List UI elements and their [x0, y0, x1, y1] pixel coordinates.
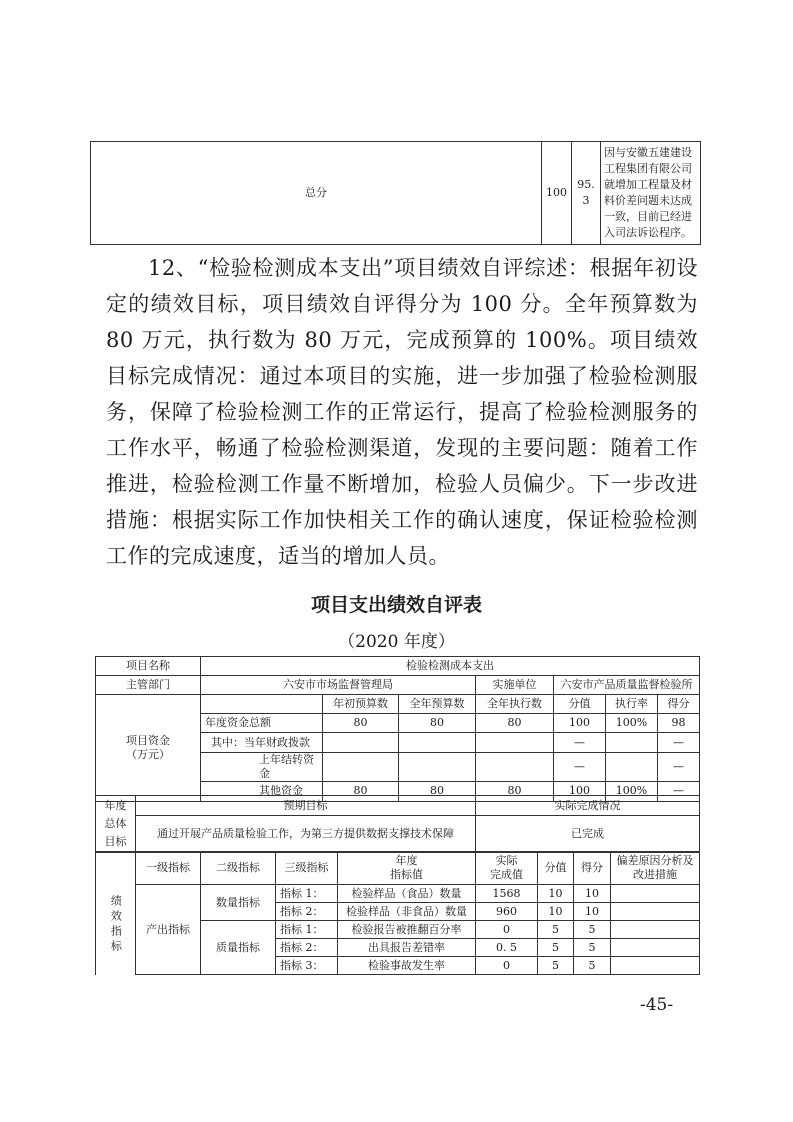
- target: 检验报告被推翻百分率: [338, 921, 476, 939]
- level3: 指标 1：: [276, 921, 338, 939]
- project-name-label: 项目名称: [96, 657, 201, 676]
- full-score: 100: [542, 142, 572, 245]
- funds-header-3: 全年执行数: [476, 695, 554, 714]
- score: 5: [574, 939, 611, 957]
- funds-cell: [476, 753, 554, 782]
- dept: 六安市市场监督管理局: [201, 676, 476, 695]
- actual: 0. 5: [476, 939, 538, 957]
- deviation-note: 因与安徽五建建设工程集团有限公司就增加工程量及材料价差问题未达成一致，目前已经进…: [601, 142, 701, 245]
- funds-cell: 100: [554, 714, 606, 733]
- funds-header-2: 全年预算数: [399, 695, 476, 714]
- funds-header-0: [201, 695, 323, 714]
- score: 10: [574, 885, 611, 903]
- funds-header-4: 分值: [554, 695, 606, 714]
- note: [611, 903, 700, 921]
- target: 检验事故发生率: [338, 957, 476, 975]
- funds-row-label: 年度资金总额: [201, 714, 323, 733]
- level2-quantity: 数量指标: [201, 885, 276, 921]
- form-year: （2020 年度）: [0, 627, 793, 652]
- score: 95.3: [572, 142, 601, 245]
- actual: 0: [476, 921, 538, 939]
- previous-table-fragment: 总分 100 95.3 因与安徽五建建设工程集团有限公司就增加工程量及材料价差问…: [90, 141, 701, 245]
- level3: 指标 3：: [276, 957, 338, 975]
- actual: 1568: [476, 885, 538, 903]
- actual: 960: [476, 903, 538, 921]
- form-title: 项目支出绩效自评表: [0, 590, 793, 617]
- actual-label: 实际完成情况: [476, 796, 700, 816]
- funds-cell: [399, 733, 476, 753]
- funds-header-row: 项目资金 （万元） 年初预算数 全年预算数 全年执行数 分值 执行率 得分: [96, 695, 700, 714]
- funds-cell: —: [658, 753, 700, 782]
- header-score: 得分: [574, 852, 611, 885]
- page-number: -45-: [640, 995, 673, 1015]
- project-name: 检验检测成本支出: [201, 657, 700, 676]
- dept-label: 主管部门: [96, 676, 201, 695]
- header-actual: 实际完成值: [476, 852, 538, 885]
- note: [611, 939, 700, 957]
- note: [611, 921, 700, 939]
- expected-label: 预期目标: [136, 796, 476, 816]
- funds-header-6: 得分: [658, 695, 700, 714]
- indicators-label: 绩效指标: [96, 852, 136, 975]
- score: 5: [574, 957, 611, 975]
- funds-cell: [476, 733, 554, 753]
- total-label: 总分: [91, 142, 542, 245]
- header-level1: 一级指标: [136, 852, 201, 885]
- goals-body-row: 通过开展产品质量检验工作，为第三方提供数据支撑技术保障 已完成: [96, 816, 700, 853]
- performance-indicators-table: 绩效指标 一级指标 二级指标 三级指标 年度指标值 实际完成值 分值 得分 偏差…: [95, 851, 700, 975]
- funds-cell: [323, 733, 399, 753]
- funds-cell: 98: [658, 714, 700, 733]
- actual: 0: [476, 957, 538, 975]
- level3: 指标 2：: [276, 903, 338, 921]
- funds-label: 项目资金 （万元）: [96, 695, 201, 802]
- weight: 10: [538, 885, 574, 903]
- funds-cell: —: [554, 753, 606, 782]
- expected-goal: 通过开展产品质量检验工作，为第三方提供数据支撑技术保障: [136, 816, 476, 853]
- dept-row: 主管部门 六安市市场监督管理局 实施单位 六安市产品质量监督检验所: [96, 676, 700, 695]
- header-note: 偏差原因分析及改进措施: [611, 852, 700, 885]
- header-target: 年度指标值: [338, 852, 476, 885]
- funds-cell: 80: [476, 714, 554, 733]
- funds-row-label: 上年结转资金: [201, 753, 323, 782]
- funds-cell: [399, 753, 476, 782]
- funds-cell: —: [554, 733, 606, 753]
- total-score-row: 总分 100 95.3 因与安徽五建建设工程集团有限公司就增加工程量及材料价差问…: [91, 142, 701, 245]
- level3: 指标 1：: [276, 885, 338, 903]
- summary-paragraph: 12、“检验检测成本支出”项目绩效自评综述：根据年初设定的绩效目标，项目绩效自评…: [106, 250, 698, 574]
- funds-header-5: 执行率: [606, 695, 658, 714]
- indicators-label-text: 绩效指标: [109, 895, 123, 955]
- level1-output: 产出指标: [136, 885, 201, 975]
- actual-goal: 已完成: [476, 816, 700, 853]
- note: [611, 885, 700, 903]
- header-weight: 分值: [538, 852, 574, 885]
- header-level2: 二级指标: [201, 852, 276, 885]
- funds-unit-text: （万元）: [126, 748, 170, 761]
- score: 10: [574, 903, 611, 921]
- note: [611, 957, 700, 975]
- impl: 六安市产品质量监督检验所: [554, 676, 700, 695]
- funds-cell: [606, 733, 658, 753]
- level3: 指标 2：: [276, 939, 338, 957]
- annual-goals-table: 年度总体目标 预期目标 实际完成情况 通过开展产品质量检验工作，为第三方提供数据…: [95, 795, 700, 853]
- project-name-row: 项目名称 检验检测成本支出: [96, 657, 700, 676]
- header-level3: 三级指标: [276, 852, 338, 885]
- score: 5: [574, 921, 611, 939]
- funds-cell: 80: [399, 714, 476, 733]
- funds-cell: [606, 753, 658, 782]
- impl-label: 实施单位: [476, 676, 554, 695]
- indicator-row: 产出指标 数量指标 指标 1： 检验样品（食品）数量 1568 10 10: [96, 885, 700, 903]
- funds-cell: 80: [323, 714, 399, 733]
- weight: 5: [538, 939, 574, 957]
- goals-header-row: 年度总体目标 预期目标 实际完成情况: [96, 796, 700, 816]
- weight: 5: [538, 957, 574, 975]
- target: 检验样品（食品）数量: [338, 885, 476, 903]
- level2-quality: 质量指标: [201, 921, 276, 975]
- project-info-table: 项目名称 检验检测成本支出 主管部门 六安市市场监督管理局 实施单位 六安市产品…: [95, 656, 700, 802]
- funds-label-text: 项目资金: [126, 734, 170, 747]
- goals-label: 年度总体目标: [96, 796, 136, 853]
- target: 检验样品（非食品）数量: [338, 903, 476, 921]
- funds-header-1: 年初预算数: [323, 695, 399, 714]
- funds-cell: [323, 753, 399, 782]
- funds-cell: 100%: [606, 714, 658, 733]
- funds-cell: —: [658, 733, 700, 753]
- weight: 10: [538, 903, 574, 921]
- target: 出具报告差错率: [338, 939, 476, 957]
- indicators-header-row: 绩效指标 一级指标 二级指标 三级指标 年度指标值 实际完成值 分值 得分 偏差…: [96, 852, 700, 885]
- funds-row-label: 其中：当年财政拨款: [201, 733, 323, 753]
- weight: 5: [538, 921, 574, 939]
- summary-text: 12、“检验检测成本支出”项目绩效自评综述：根据年初设定的绩效目标，项目绩效自评…: [106, 250, 698, 574]
